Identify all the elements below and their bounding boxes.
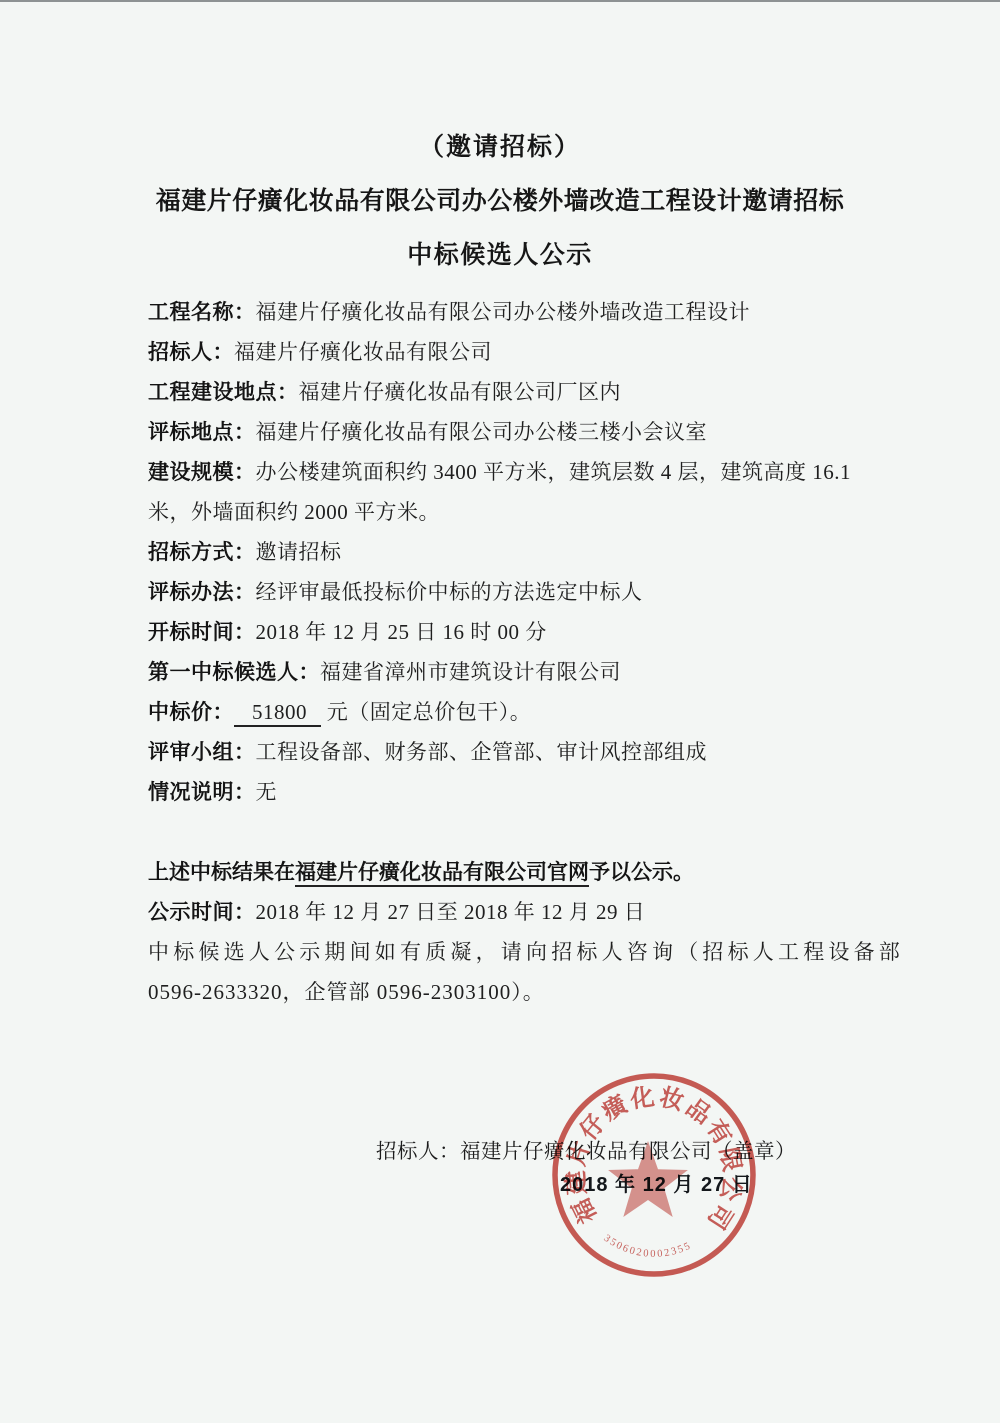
field-label: 建设规模： [148,460,256,484]
field-row-evaluation-site: 评标地点：福建片仔癀化妆品有限公司办公楼三楼小会议室 [148,412,896,452]
bid-price-underlined-value: 51800 [234,699,321,727]
field-label: 第一中标候选人： [148,660,320,684]
field-row-tender-method: 招标方式：邀请招标 [148,532,896,572]
field-value: 福建片仔癀化妆品有限公司厂区内 [299,380,622,404]
field-value: 工程设备部、财务部、企管部、审计风控部组成 [256,740,708,764]
field-label: 评审小组： [148,740,256,764]
field-row-project-name: 工程名称：福建片仔癀化妆品有限公司办公楼外墙改造工程设计 [148,292,896,332]
field-value: 经评审最低投标价中标的方法选定中标人 [256,580,643,604]
field-row-bid-price: 中标价：51800 元（固定总价包干）。 [148,692,896,732]
field-value: 2018 年 12 月 25 日 16 时 00 分 [256,620,547,644]
field-value: 邀请招标 [256,540,342,564]
field-label: 评标地点： [148,420,256,444]
field-value: 福建片仔癀化妆品有限公司办公楼三楼小会议室 [256,420,708,444]
publication-notice-section: 上述中标结果在福建片仔癀化妆品有限公司官网予以公示。 公示时间：2018 年 1… [148,852,908,1012]
notice-phone-line: 0596-2633320，企管部 0596-2303100）。 [148,972,908,1012]
notice-suffix: 予以公示。 [589,860,694,884]
notice-period-line: 公示时间：2018 年 12 月 27 日至 2018 年 12 月 29 日 [148,892,908,932]
field-row-construction-site: 工程建设地点：福建片仔癀化妆品有限公司厂区内 [148,372,896,412]
field-label: 招标方式： [148,540,256,564]
field-value-suffix: 元（固定总价包干）。 [321,700,531,724]
field-row-evaluation-method: 评标办法：经评审最低投标价中标的方法选定中标人 [148,572,896,612]
doc-title-method: （邀请招标） [0,127,1000,163]
seal-serial-number: 3506020002355 [602,1233,694,1260]
field-value: 2018 年 12 月 27 日至 2018 年 12 月 29 日 [256,900,646,924]
field-row-tenderee: 招标人：福建片仔癀化妆品有限公司 [148,332,896,372]
field-row-remarks: 情况说明：无 [148,772,896,812]
scan-edge-artifact [0,0,1000,2]
field-label: 工程名称： [148,300,256,324]
field-label: 公示时间： [148,900,256,924]
field-value: 福建片仔癀化妆品有限公司 [234,340,492,364]
field-label: 中标价： [148,700,234,724]
doc-title-sub: 中标候选人公示 [0,235,1000,271]
field-row-scale: 建设规模：办公楼建筑面积约 3400 平方米，建筑层数 4 层，建筑高度 16.… [148,452,896,532]
seal-star-icon [608,1141,688,1217]
field-label: 情况说明： [148,780,256,804]
company-seal-stamp: 福建片仔癀化妆品有限公司 3506020002355 [548,1069,760,1281]
field-value: 无 [256,780,278,804]
notice-prefix: 上述中标结果在 [148,860,295,884]
scanned-document-page: （邀请招标） 福建片仔癀化妆品有限公司办公楼外墙改造工程设计邀请招标 中标候选人… [0,0,1000,1423]
field-row-first-candidate: 第一中标候选人：福建省漳州市建筑设计有限公司 [148,652,896,692]
field-label: 评标办法： [148,580,256,604]
doc-title-main: 福建片仔癀化妆品有限公司办公楼外墙改造工程设计邀请招标 [0,181,1000,217]
field-row-review-panel: 评审小组：工程设备部、财务部、企管部、审计风控部组成 [148,732,896,772]
field-row-opening-time: 开标时间：2018 年 12 月 25 日 16 时 00 分 [148,612,896,652]
field-label: 工程建设地点： [148,380,299,404]
field-value: 福建片仔癀化妆品有限公司办公楼外墙改造工程设计 [256,300,751,324]
notice-result-line: 上述中标结果在福建片仔癀化妆品有限公司官网予以公示。 [148,852,908,892]
fields-section: 工程名称：福建片仔癀化妆品有限公司办公楼外墙改造工程设计 招标人：福建片仔癀化妆… [148,292,896,812]
field-label: 招标人： [148,340,234,364]
notice-objection-line: 中标候选人公示期间如有质凝，请向招标人咨询（招标人工程设备部 [148,932,908,972]
field-label: 开标时间： [148,620,256,644]
official-website-underlined: 福建片仔癀化妆品有限公司官网 [295,860,589,887]
field-value: 福建省漳州市建筑设计有限公司 [320,660,621,684]
